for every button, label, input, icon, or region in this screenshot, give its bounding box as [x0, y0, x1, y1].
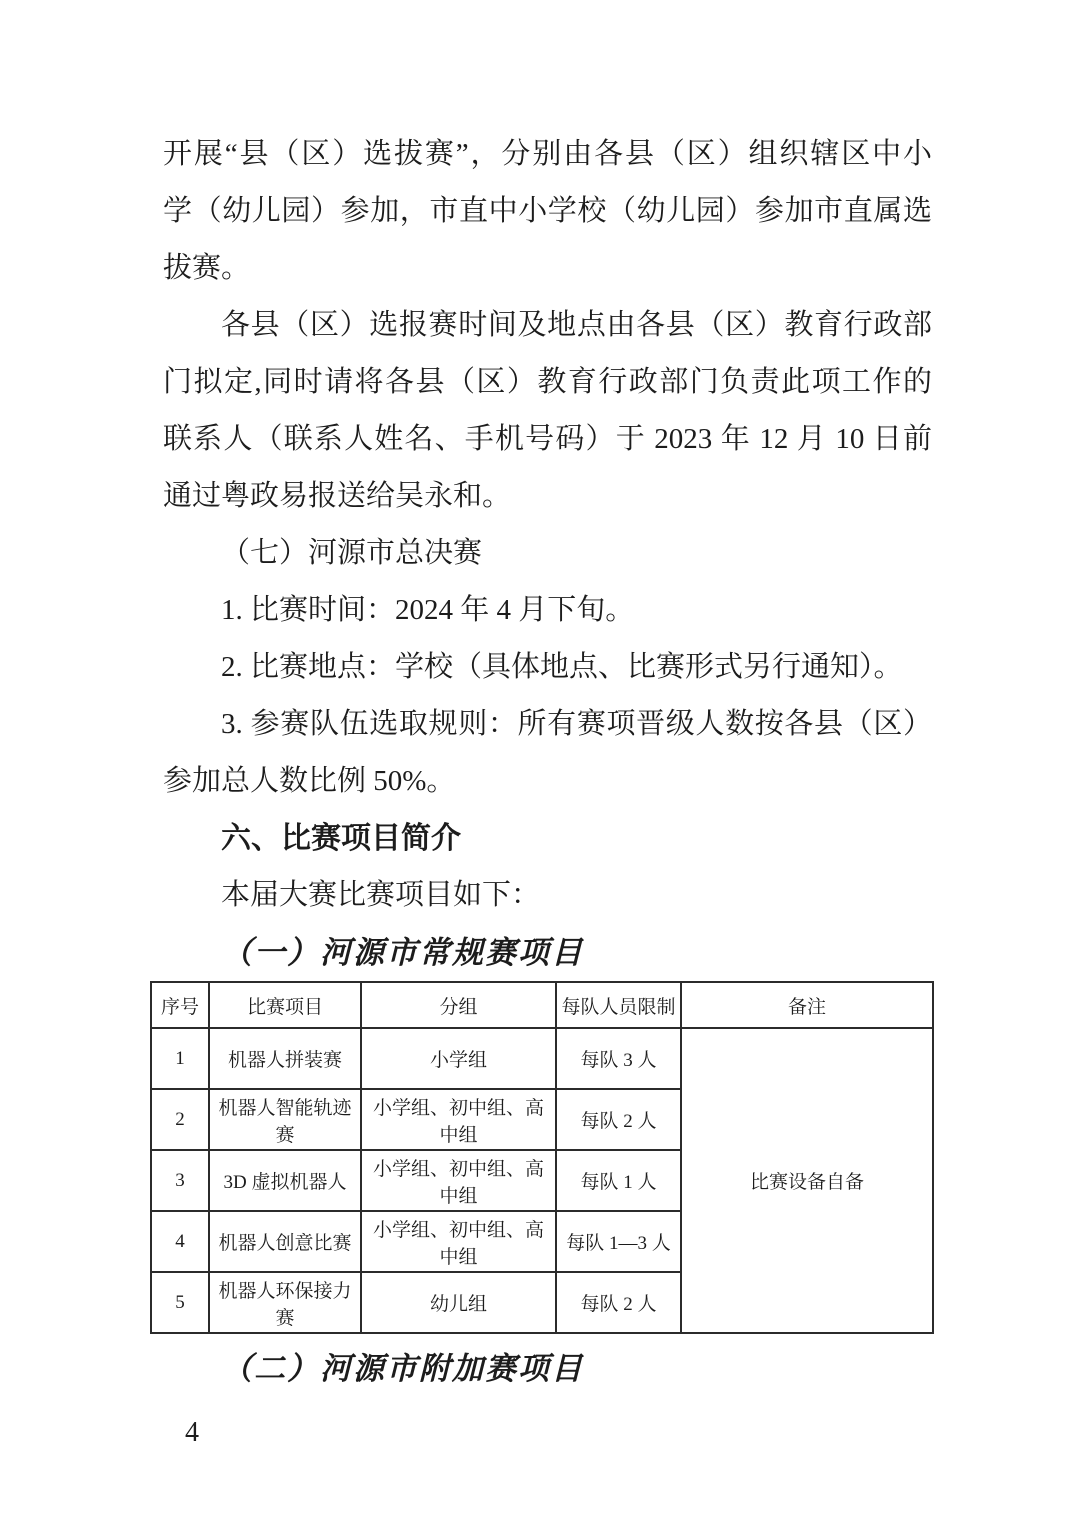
para1-line3: 拔赛。 [163, 240, 932, 297]
col-header-group: 分组 [361, 982, 556, 1028]
col-header-no: 序号 [151, 982, 209, 1028]
col-header-event: 比赛项目 [209, 982, 361, 1028]
para2-line4: 通过粤政易报送给吴永和。 [163, 468, 932, 525]
col-header-limit: 每队人员限制 [556, 982, 681, 1028]
regular-events-table: 序号 比赛项目 分组 每队人员限制 备注 1 机器人拼装赛 小学组 每队 3 人… [150, 981, 934, 1334]
para2-line3: 联系人（联系人姓名、手机号码）于 2023 年 12 月 10 日前 [163, 411, 932, 468]
para2-line2: 门拟定,同时请将各县（区）教育行政部门负责此项工作的 [163, 354, 932, 411]
list-item-2: 2. 比赛地点：学校（具体地点、比赛形式另行通知）。 [163, 639, 932, 696]
list-item-3-line1: 3. 参赛队伍选取规则：所有赛项晋级人数按各县（区） [163, 696, 932, 753]
list-item-3-line2: 参加总人数比例 50%。 [163, 753, 932, 810]
cell-event: 3D 虚拟机器人 [209, 1150, 361, 1211]
para2-line1: 各县（区）选报赛时间及地点由各县（区）教育行政部 [163, 297, 932, 354]
section-6-heading: 六、比赛项目简介 [163, 810, 932, 867]
cell-no: 1 [151, 1028, 209, 1089]
subsection-1-heading: （一）河源市常规赛项目 [163, 924, 932, 981]
para1-line1: 开展“县（区）选拔赛”，分别由各县（区）组织辖区中小 [163, 126, 932, 183]
table-row: 1 机器人拼装赛 小学组 每队 3 人 比赛设备自备 [151, 1028, 933, 1089]
cell-limit: 每队 1 人 [556, 1150, 681, 1211]
cell-event: 机器人环保接力赛 [209, 1272, 361, 1333]
subsection-2-heading: （二）河源市附加赛项目 [163, 1340, 932, 1397]
cell-event: 机器人智能轨迹赛 [209, 1089, 361, 1150]
cell-group: 小学组、初中组、高中组 [361, 1211, 556, 1272]
section-7-heading: （七）河源市总决赛 [163, 525, 932, 582]
table-header-row: 序号 比赛项目 分组 每队人员限制 备注 [151, 982, 933, 1028]
cell-event: 机器人拼装赛 [209, 1028, 361, 1089]
cell-limit: 每队 2 人 [556, 1272, 681, 1333]
cell-limit: 每队 1—3 人 [556, 1211, 681, 1272]
para1-line2: 学（幼儿园）参加，市直中小学校（幼儿园）参加市直属选 [163, 183, 932, 240]
page-number: 4 [163, 1413, 932, 1453]
cell-limit: 每队 2 人 [556, 1089, 681, 1150]
cell-remark-merged: 比赛设备自备 [681, 1028, 933, 1333]
intro-line: 本届大赛比赛项目如下： [163, 867, 932, 924]
cell-no: 2 [151, 1089, 209, 1150]
cell-limit: 每队 3 人 [556, 1028, 681, 1089]
col-header-remark: 备注 [681, 982, 933, 1028]
cell-no: 3 [151, 1150, 209, 1211]
cell-event: 机器人创意比赛 [209, 1211, 361, 1272]
cell-group: 小学组、初中组、高中组 [361, 1089, 556, 1150]
cell-group: 小学组、初中组、高中组 [361, 1150, 556, 1211]
cell-no: 5 [151, 1272, 209, 1333]
cell-group: 小学组 [361, 1028, 556, 1089]
document-page: 开展“县（区）选拔赛”，分别由各县（区）组织辖区中小 学（幼儿园）参加，市直中小… [0, 0, 1080, 1453]
cell-no: 4 [151, 1211, 209, 1272]
list-item-1: 1. 比赛时间：2024 年 4 月下旬。 [163, 582, 932, 639]
cell-group: 幼儿组 [361, 1272, 556, 1333]
